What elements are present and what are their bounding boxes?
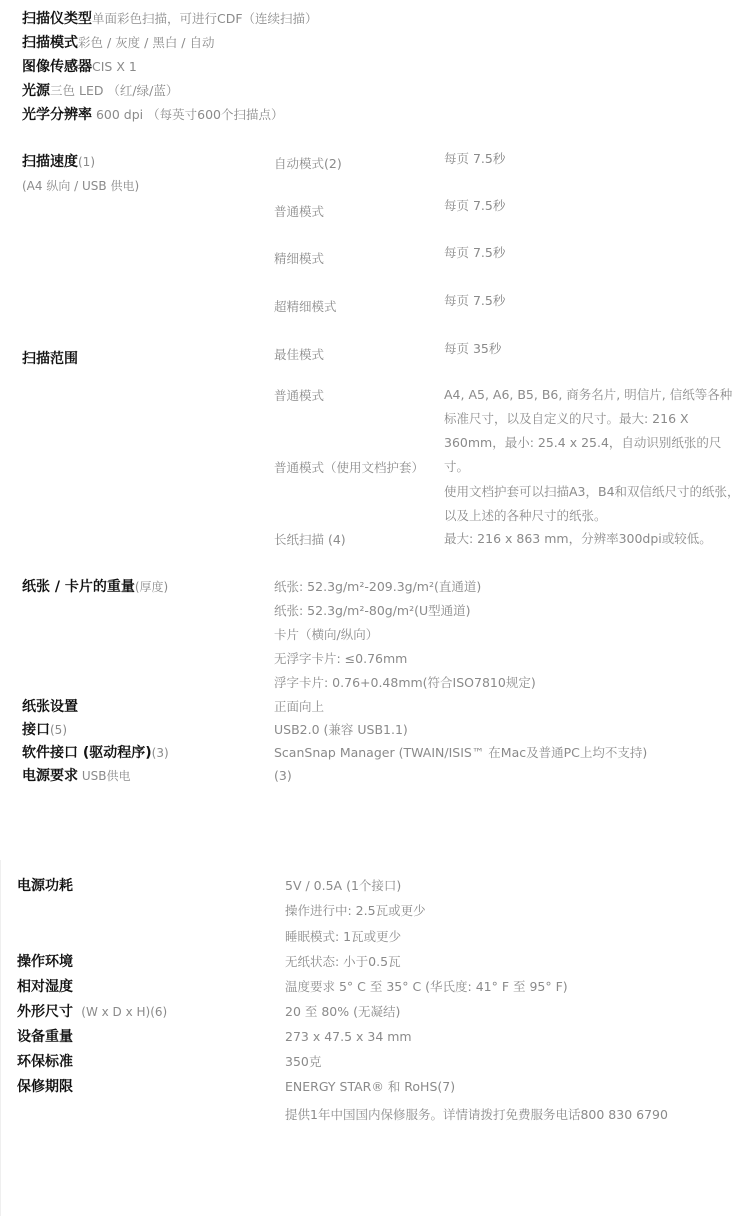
spec-note: (3): [152, 746, 169, 760]
lower-value: 5V / 0.5A (1个接口): [285, 877, 401, 895]
spec-label: 光源: [22, 83, 50, 99]
range-mode: 普通模式: [274, 387, 324, 405]
spec-note: (5): [50, 723, 67, 737]
spec-interface: 接口(5): [22, 721, 67, 740]
paper-weight-value: 无浮字卡片: ≤0.76mm: [274, 650, 407, 668]
lower-label: 电源功耗: [17, 877, 73, 896]
scan-speed-label: 扫描速度(1): [22, 153, 95, 172]
spec-label: 扫描模式: [22, 35, 78, 51]
paper-weight-value: 纸张: 52.3g/m²-80g/m²(U型通道): [274, 602, 471, 620]
speed-mode: 自动模式(2): [274, 155, 342, 173]
spec-label: 保修期限: [17, 1079, 73, 1095]
speed-value: 每页 7.5秒: [444, 244, 505, 262]
lower-value-warranty: 提供1年中国国内保修服务。详情请拨打免费服务电话800 830 6790: [285, 1102, 745, 1128]
range-value: 最大: 216 x 863 mm，分辨率300dpi或较低。: [444, 527, 740, 551]
range-mode: 长纸扫描 (4): [274, 531, 346, 549]
spec-value: CIS X 1: [92, 59, 137, 74]
lower-label: 操作环境: [17, 953, 73, 972]
speed-mode: 精细模式: [274, 250, 324, 268]
lower-label: 设备重量: [17, 1028, 73, 1047]
spec-label: 操作环境: [17, 954, 73, 970]
spec-label: 外形尺寸: [17, 1004, 73, 1020]
paper-weight-value: 纸张: 52.3g/m²-209.3g/m²(直通道): [274, 578, 481, 596]
spec-label: 电源功耗: [17, 878, 73, 894]
spec-note: USB供电: [78, 769, 130, 783]
spec-value: 彩色 / 灰度 / 黑白 / 自动: [78, 35, 214, 50]
spec-value: (3): [274, 767, 292, 785]
spec-scan-mode: 扫描模式彩色 / 灰度 / 黑白 / 自动: [22, 34, 214, 53]
spec-light-source: 光源三色 LED （红/绿/蓝）: [22, 82, 178, 101]
lower-value: 温度要求 5° C 至 35° C (华氏度: 41° F 至 95° F): [285, 978, 568, 996]
speed-value: 每页 7.5秒: [444, 292, 505, 310]
spec-label: 接口: [22, 722, 50, 738]
lower-value: 操作进行中: 2.5瓦或更少: [285, 902, 426, 920]
lower-value: 无纸状态: 小于0.5瓦: [285, 953, 401, 971]
speed-mode: 普通模式: [274, 203, 324, 221]
spec-value: 正面向上: [274, 698, 324, 716]
spec-value: USB2.0 (兼容 USB1.1): [274, 721, 408, 739]
spec-value: 单面彩色扫描，可进行CDF（连续扫描）: [92, 11, 318, 26]
spec-label: 电源要求: [22, 768, 78, 784]
paper-weight-title: 纸张 / 卡片的重量: [22, 579, 135, 595]
lower-label: 外形尺寸 (W x D x H)(6): [17, 1003, 167, 1022]
spec-scanner-type: 扫描仪类型单面彩色扫描，可进行CDF（连续扫描）: [22, 10, 318, 29]
scan-range-label: 扫描范围: [22, 350, 78, 368]
spec-optical-resolution: 光学分辨率 600 dpi （每英寸600个扫描点）: [22, 106, 283, 125]
lower-value: ENERGY STAR® 和 RoHS(7): [285, 1078, 455, 1096]
spec-software-interface: 软件接口 (驱动程序)(3): [22, 744, 169, 763]
paper-weight-value: 浮字卡片: 0.76+0.48mm(符合ISO7810规定): [274, 674, 536, 692]
spec-note: (W x D x H)(6): [81, 1005, 167, 1019]
speed-mode: 最佳模式: [274, 346, 324, 364]
lower-label: 环保标准: [17, 1053, 73, 1072]
paper-weight-label: 纸张 / 卡片的重量(厚度): [22, 578, 168, 597]
spec-label: 软件接口 (驱动程序): [22, 745, 152, 761]
lower-value: 20 至 80% (无凝结): [285, 1003, 400, 1021]
spec-value: 三色 LED （红/绿/蓝）: [50, 83, 178, 98]
scan-speed-sub: (A4 纵向 / USB 供电): [22, 177, 139, 195]
spec-label: 环保标准: [17, 1054, 73, 1070]
lower-value: 350克: [285, 1053, 321, 1071]
spec-label: 设备重量: [17, 1029, 73, 1045]
speed-value: 每页 7.5秒: [444, 150, 505, 168]
lower-value: 睡眠模式: 1瓦或更少: [285, 928, 401, 946]
spec-label: 纸张设置: [22, 699, 78, 715]
scan-speed-title: 扫描速度: [22, 154, 78, 170]
speed-value: 每页 35秒: [444, 340, 501, 358]
speed-mode: 超精细模式: [274, 298, 337, 316]
speed-value: 每页 7.5秒: [444, 197, 505, 215]
spec-label: 图像传感器: [22, 59, 92, 75]
lower-label: 相对湿度: [17, 978, 73, 997]
paper-weight-note: (厚度): [135, 580, 168, 594]
spec-value: ScanSnap Manager (TWAIN/ISIS™ 在Mac及普通PC上…: [274, 744, 647, 762]
range-value: 使用文档护套可以扫描A3，B4和双信纸尺寸的纸张，以及上述的各种尺寸的纸张。: [444, 480, 740, 528]
spec-power-requirement: 电源要求 USB供电: [22, 767, 130, 786]
spec-label: 光学分辨率: [22, 107, 92, 123]
spec-value: 600 dpi （每英寸600个扫描点）: [92, 107, 283, 122]
spec-label: 相对湿度: [17, 979, 73, 995]
lower-label: 保修期限: [17, 1078, 73, 1097]
range-value: A4, A5, A6, B5, B6, 商务名片, 明信片, 信纸等各种标准尺寸…: [444, 383, 740, 479]
spec-label: 扫描仪类型: [22, 11, 92, 27]
paper-weight-value: 卡片（横向/纵向）: [274, 626, 378, 644]
lower-value: 273 x 47.5 x 34 mm: [285, 1028, 412, 1046]
scan-speed-note: (1): [78, 155, 95, 169]
spec-paper-setting: 纸张设置: [22, 698, 78, 717]
left-border: [0, 860, 1, 1216]
range-mode: 普通模式（使用文档护套）: [274, 456, 434, 480]
spec-image-sensor: 图像传感器CIS X 1: [22, 58, 137, 77]
